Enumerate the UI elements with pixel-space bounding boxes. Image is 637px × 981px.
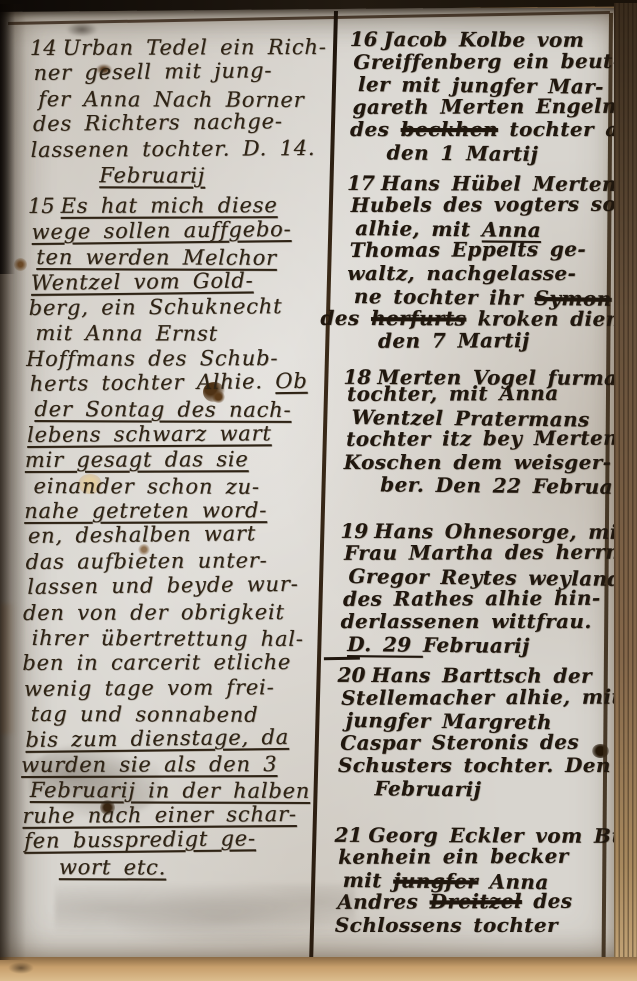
- handwritten-text: den 7 Martij: [378, 328, 530, 353]
- page-edge-stack: [614, 3, 637, 963]
- handwritten-line: 20Hans Barttsch der: [338, 664, 602, 688]
- handwritten-text: des Rathes alhie hin-: [343, 585, 601, 610]
- handwritten-text: herfurts: [371, 306, 466, 330]
- handwritten-text: Es hat mich diese: [61, 193, 278, 218]
- handwritten-text: ruhe nach einer schar-: [22, 802, 296, 828]
- handwritten-text: tag und sonnabend: [31, 702, 259, 727]
- handwritten-text: der Sontag des nach-: [34, 397, 291, 422]
- register-entry: 16Jacob Kolbe vomGreiffenberg ein beut-l…: [347, 28, 614, 169]
- handwritten-text: berg, ein Schuknecht: [29, 294, 283, 320]
- handwritten-text: Wentzel vom Gold-: [31, 268, 254, 295]
- handwritten-line: Februarij: [344, 777, 608, 802]
- handwritten-line: Thomas Eppelts ge-: [350, 238, 614, 262]
- handwritten-text: D. 29: [347, 632, 423, 657]
- handwritten-line: Koschen dem weisger-: [344, 451, 608, 474]
- handwritten-line: ber. Den 22 Februarij: [350, 473, 614, 498]
- handwritten-text: Greiffenberg ein beut-: [353, 48, 621, 73]
- handwritten-line: Hubels des vogters sohn: [351, 193, 615, 217]
- register-entry: 19Hans Ohnesorge, mitFrau Martha des her…: [338, 520, 605, 665]
- handwritten-line: des Richters nachge-: [33, 109, 333, 138]
- entry-number: 17: [347, 172, 375, 195]
- handwritten-text: herts tochter Alhie.: [30, 369, 276, 396]
- handwritten-line: ruhe nach einer schar-: [22, 802, 322, 829]
- handwritten-text: den von der obrigkeit: [23, 600, 285, 625]
- handwritten-line: Caspar Steronis des: [340, 730, 604, 754]
- handwritten-line: Andres Dreitzel des: [337, 890, 601, 914]
- register-entry: 17Hans Hübel MertenHubels des vogters so…: [344, 172, 611, 358]
- right-column: 16Jacob Kolbe vomGreiffenberg ein beut-l…: [333, 28, 614, 941]
- handwritten-text: Frau Martha des herrn: [344, 540, 621, 565]
- handwritten-text: des: [320, 306, 371, 330]
- register-entry: 18Merten Vogel furman im winkeltochter, …: [341, 360, 608, 501]
- register-entry: 14Urban Tedel ein Rich-ner gesell mit ju…: [28, 36, 330, 192]
- handwritten-line: D. 29 Februarij: [347, 633, 611, 658]
- entry-number: 16: [350, 28, 378, 51]
- handwritten-line: berg, ein Schuknecht: [29, 294, 329, 321]
- handwritten-text: Andres: [337, 890, 429, 914]
- handwritten-text: Hoffmans des Schub-: [26, 346, 278, 371]
- handwritten-text: wort etc.: [59, 855, 166, 879]
- register-entry: 20Hans Barttsch derStellemacher alhie, m…: [335, 664, 602, 805]
- handwritten-text: Dreitzel: [429, 889, 521, 913]
- handwritten-line: den 7 Martij: [348, 328, 612, 352]
- handwritten-line: Schlossens tochter: [335, 914, 599, 937]
- handwritten-line: den 1 Martij: [356, 141, 620, 166]
- handwritten-text: Schusters tochter. Den 9: [338, 753, 637, 777]
- handwritten-line: wort etc.: [29, 854, 329, 880]
- handwritten-line: den von der obrigkeit: [23, 600, 323, 626]
- handwritten-line: mit Anna Ernst: [35, 321, 335, 347]
- handwritten-text: Februarij: [374, 776, 481, 801]
- handwritten-line: Stellemacher alhie, mit: [341, 685, 605, 709]
- stain: [66, 22, 98, 37]
- handwritten-text: gareth Merten Engelmans: [352, 93, 637, 118]
- handwritten-line: bis zum dienstage, da: [25, 724, 325, 753]
- handwritten-line: ben in carcerit etliche: [22, 650, 322, 676]
- register-entry: 15Es hat mich diesewege sollen auffgebo-…: [20, 194, 328, 883]
- handwritten-line: lassenen tochter. D. 14.: [31, 135, 331, 162]
- handwritten-line: wege sollen auffgebo-: [31, 216, 331, 245]
- handwritten-line: wenig tage vom frei-: [24, 675, 324, 702]
- handwritten-text: das aufbieten unter-: [25, 548, 267, 574]
- handwritten-text: Urban Tedel ein Rich-: [63, 35, 327, 60]
- handwritten-text: einander schon zu-: [33, 474, 259, 499]
- entry-number: 21: [334, 823, 362, 846]
- handwritten-text: Februarij in der halben: [30, 778, 310, 803]
- handwritten-text: Koschen dem weisger-: [344, 450, 612, 474]
- handwritten-line: mir gesagt das sie: [25, 447, 325, 473]
- handwritten-text: ben in carcerit etliche: [22, 650, 291, 675]
- handwritten-text: mit Anna Ernst: [35, 321, 218, 346]
- handwritten-line: waltz, nachgelasse-: [347, 262, 611, 285]
- handwritten-line: en, deshalben wart: [28, 521, 328, 550]
- handwritten-text: Schlossens tochter: [335, 913, 558, 937]
- handwritten-line: Frau Martha des herrn: [344, 541, 608, 565]
- table-surface: [0, 957, 637, 981]
- handwritten-text: ner gesell mit jung-: [33, 59, 272, 86]
- handwritten-line: ner gesell mit jung-: [33, 58, 333, 87]
- handwritten-text: waltz, nachgelasse-: [347, 261, 576, 285]
- handwritten-text: Februarij: [423, 633, 530, 658]
- handwritten-line: des beckhen tochter alhie: [350, 118, 614, 141]
- entry-number: 19: [340, 520, 368, 543]
- handwritten-line: das aufbieten unter-: [25, 548, 325, 575]
- handwritten-text: ten werden Melchor: [36, 245, 277, 270]
- handwritten-line: lebens schwarz wart: [27, 421, 327, 448]
- handwritten-line: Februarij in der halben: [30, 778, 330, 804]
- handwritten-text: wurden sie als den 3: [21, 752, 277, 777]
- handwritten-line: der Sontag des nach-: [34, 397, 334, 423]
- handwritten-line: lassen und beyde wur-: [27, 572, 327, 601]
- handwritten-line: fen busspredigt ge-: [24, 826, 324, 855]
- handwritten-line: des Rathes alhie hin-: [343, 586, 607, 610]
- handwritten-text: bis zum dienstage, da: [25, 724, 289, 751]
- handwritten-text: Februarij: [99, 163, 205, 187]
- handwritten-text: lassen und beyde wur-: [27, 572, 299, 599]
- handwritten-text: fen busspredigt ge-: [24, 826, 256, 853]
- handwritten-line: Schusters tochter. Den 9: [338, 754, 602, 777]
- handwritten-line: wurden sie als den 3: [21, 752, 321, 778]
- handwritten-line: Wentzel vom Gold-: [31, 267, 331, 296]
- handwritten-text: des Richters nachge-: [33, 109, 283, 136]
- handwritten-text: wenig tage vom frei-: [24, 675, 275, 701]
- handwritten-text: des: [522, 889, 573, 913]
- handwritten-line: des herfurts kroken dienerin: [344, 307, 608, 331]
- entry-number: 15: [28, 194, 55, 219]
- handwritten-text: Ob: [275, 369, 308, 393]
- handwritten-line: tochter itz bey Merten: [346, 427, 610, 451]
- handwritten-text: Stellemacher alhie, mit: [341, 684, 621, 709]
- handwritten-text: ihrer übertrettung hal-: [32, 626, 304, 651]
- handwritten-text: den 1 Martij: [386, 140, 538, 166]
- handwritten-text: des: [350, 117, 401, 141]
- register-entry: 21Georg Eckler vom Bul-kenhein ein becke…: [333, 823, 599, 941]
- handwritten-text: mit: [343, 868, 394, 893]
- handwritten-text: wege sollen auffgebo-: [31, 217, 291, 244]
- handwritten-text: en, deshalben wart: [28, 522, 256, 549]
- handwritten-text: lassenen tochter. D. 14.: [31, 136, 316, 162]
- handwritten-text: Thomas Eppelts ge-: [350, 237, 586, 262]
- handwritten-text: fer Anna Nach Borner: [38, 87, 304, 112]
- handwritten-line: ihrer übertrettung hal-: [32, 626, 332, 652]
- handwritten-text: ber. Den 22 Februarij: [380, 473, 637, 500]
- handwritten-text: kenhein ein becker: [338, 844, 569, 869]
- manuscript-photo: 14Urban Tedel ein Rich-ner gesell mit ju…: [0, 0, 637, 981]
- handwritten-text: tochter itz bey Merten: [346, 426, 618, 451]
- handwritten-text: mir gesagt das sie: [25, 447, 249, 472]
- handwritten-line: einander schon zu-: [33, 474, 333, 500]
- entry-number: 20: [338, 664, 366, 687]
- handwritten-line: herts tochter Alhie. Ob: [30, 369, 330, 398]
- handwritten-line: 16Jacob Kolbe vom: [350, 28, 614, 52]
- handwritten-line: kenhein ein becker: [338, 845, 602, 869]
- handwritten-text: Hubels des vogters sohn: [351, 192, 637, 217]
- binding-shadow: [0, 4, 26, 960]
- handwritten-text: derlassenen wittfrau.: [341, 609, 592, 633]
- entry-number: 14: [30, 36, 57, 61]
- handwritten-line: tochter, mit Anna: [347, 382, 611, 406]
- handwritten-text: nahe getreten word-: [24, 498, 267, 523]
- handwritten-text: beckhen: [401, 117, 498, 141]
- handwritten-line: gareth Merten Engelmans: [352, 95, 616, 119]
- handwritten-line: 18Merten Vogel furman im winkel: [343, 360, 607, 384]
- handwritten-line: Februarij: [37, 163, 337, 189]
- handwritten-line: Greiffenberg ein beut-: [353, 49, 617, 73]
- handwritten-text: Caspar Steronis des: [340, 730, 579, 755]
- handwritten-line: derlassenen wittfrau.: [341, 610, 605, 633]
- handwritten-line: 15Es hat mich diese: [28, 193, 328, 219]
- handwritten-text: lebens schwarz wart: [27, 421, 272, 447]
- left-column: 14Urban Tedel ein Rich-ner gesell mit ju…: [20, 36, 330, 883]
- handwritten-text: tochter, mit Anna: [347, 381, 559, 406]
